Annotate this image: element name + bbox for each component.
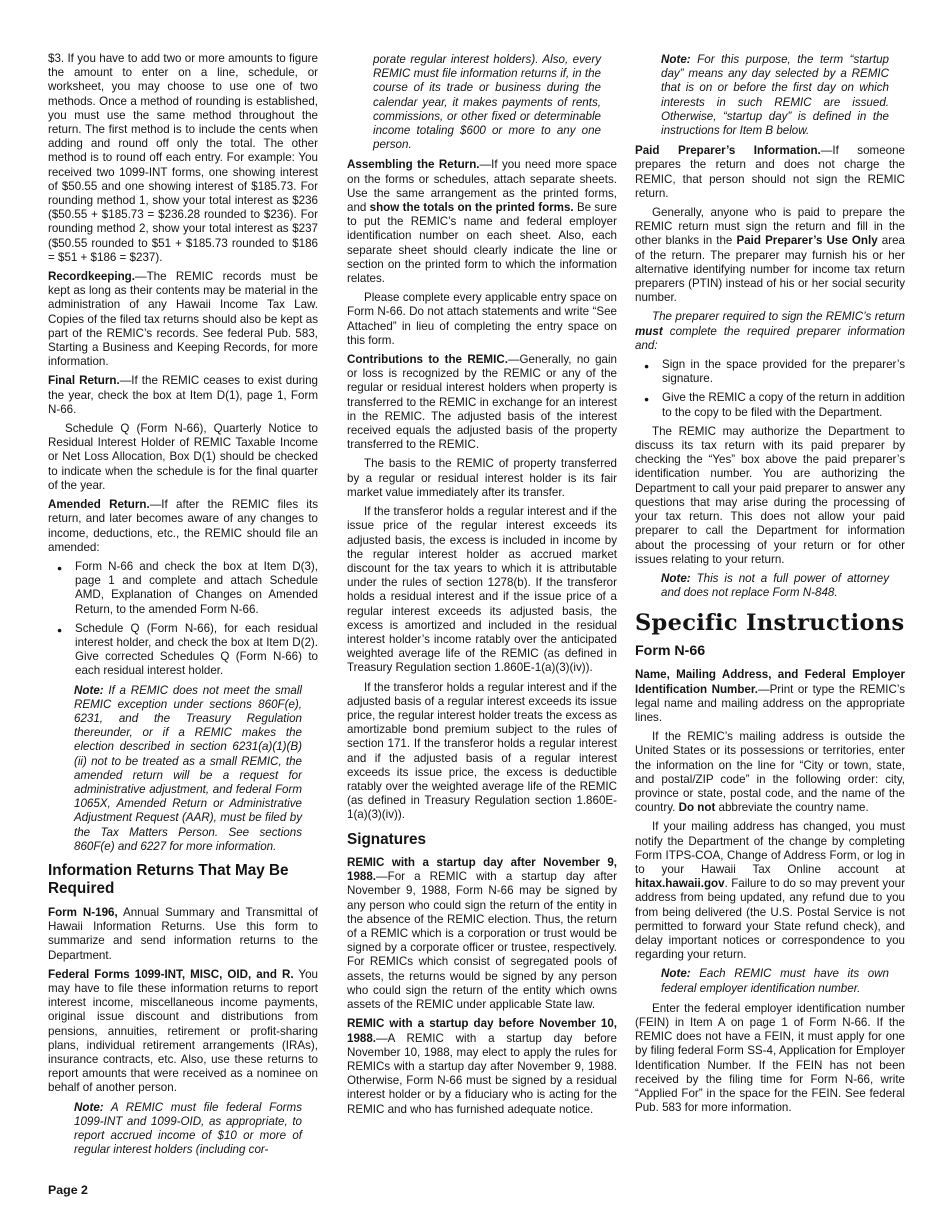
paragraph: If the transferor holds a regular intere… (347, 505, 617, 675)
bullet-item: ●Form N-66 and check the box at Item D(3… (48, 560, 318, 617)
text-run: Note: (661, 53, 691, 66)
text-run: Paid Preparer’s Use Only (736, 234, 877, 247)
paragraph: Contributions to the REMIC.—Generally, n… (347, 353, 617, 452)
text-run: Assembling the Return. (347, 158, 480, 171)
text-run: The basis to the REMIC of property trans… (347, 457, 617, 498)
text-run: Each REMIC must have its own federal emp… (661, 967, 889, 994)
paragraph: If the REMIC’s mailing address is outsid… (635, 730, 905, 815)
text-run: If a REMIC does not meet the small REMIC… (74, 684, 302, 853)
paragraph: REMIC with a startup day after November … (347, 856, 617, 1012)
text-run: hitax.hawaii.gov (635, 877, 725, 890)
text-run: Form N-196, (48, 906, 118, 919)
text-run: Contributions to the REMIC. (347, 353, 508, 366)
paragraph: Final Return.—If the REMIC ceases to exi… (48, 374, 318, 417)
text-run: If your mailing address has changed, you… (635, 820, 905, 876)
text-run: Schedule Q (Form N-66), Quarterly Notice… (48, 422, 318, 492)
paragraph: The REMIC may authorize the Department t… (635, 425, 905, 567)
note-paragraph: Note: If a REMIC does not meet the small… (74, 684, 302, 854)
document-page: $3. If you have to add two or more amoun… (0, 0, 950, 1230)
paragraph: Recordkeeping.—The REMIC records must be… (48, 270, 318, 369)
text-run: Please complete every applicable entry s… (347, 291, 617, 347)
text-run: Amended Return. (48, 498, 150, 511)
heading-specific-instructions: Specific Instructions (635, 610, 905, 636)
text-run: Note: (74, 1101, 104, 1114)
paragraph: Form N-196, Annual Summary and Transmitt… (48, 906, 318, 963)
bullet-item: ●Give the REMIC a copy of the return in … (635, 391, 905, 419)
note-paragraph: porate regular interest holders). Also, … (373, 53, 601, 152)
paragraph: If your mailing address has changed, you… (635, 820, 905, 962)
paragraph: Assembling the Return.—If you need more … (347, 158, 617, 286)
bullet-item: ●Sign in the space provided for the prep… (635, 358, 905, 386)
text-run: porate regular interest holders). Also, … (373, 53, 601, 151)
paragraph: The preparer required to sign the REMIC’… (635, 310, 905, 353)
text-run: Schedule Q (Form N-66), for each residua… (75, 622, 318, 678)
text-run: complete the required preparer informati… (635, 325, 905, 352)
bullet-item: ●Schedule Q (Form N-66), for each residu… (48, 622, 318, 679)
bullet-text: Schedule Q (Form N-66), for each residua… (75, 622, 318, 679)
text-run: —For a REMIC with a startup day after No… (347, 870, 617, 1011)
text-run: A REMIC must file federal Forms 1099-INT… (74, 1101, 302, 1157)
bullet-icon: ● (48, 560, 75, 617)
paragraph: Generally, anyone who is paid to prepare… (635, 206, 905, 305)
paragraph: Federal Forms 1099-INT, MISC, OID, and R… (48, 968, 318, 1096)
text-run: Sign in the space provided for the prepa… (662, 358, 905, 385)
text-run: For this purpose, the term “startup day”… (661, 53, 889, 137)
text-run: Form N-66 and check the box at Item D(3)… (75, 560, 318, 616)
column-3: Note: For this purpose, the term “startu… (635, 52, 905, 1163)
text-run: —Generally, no gain or loss is recognize… (347, 353, 617, 451)
bullet-text: Give the REMIC a copy of the return in a… (662, 391, 905, 419)
paragraph: Please complete every applicable entry s… (347, 291, 617, 348)
text-run: Paid Preparer’s Information. (635, 144, 821, 157)
text-run: $3. If you have to add two or more amoun… (48, 52, 318, 264)
note-paragraph: Note: A REMIC must file federal Forms 10… (74, 1101, 302, 1158)
page-number: Page 2 (48, 1183, 88, 1197)
text-run: The REMIC may authorize the Department t… (635, 425, 905, 566)
text-run: Note: (74, 684, 104, 697)
text-run: Note: (661, 572, 691, 585)
text-run: Note: (661, 967, 691, 980)
paragraph: REMIC with a startup day before November… (347, 1017, 617, 1116)
text-run: abbreviate the country name. (715, 801, 868, 814)
text-run: Give the REMIC a copy of the return in a… (662, 391, 905, 418)
bullet-text: Form N-66 and check the box at Item D(3)… (75, 560, 318, 617)
note-paragraph: Note: For this purpose, the term “startu… (661, 53, 889, 138)
text-run: The preparer required to sign the REMIC’… (652, 310, 905, 323)
text-run: Final Return. (48, 374, 120, 387)
text-run: —The REMIC records must be kept as long … (48, 270, 318, 368)
paragraph: Name, Mailing Address, and Federal Emplo… (635, 668, 905, 725)
paragraph: If the transferor holds a regular intere… (347, 681, 617, 823)
column-1: $3. If you have to add two or more amoun… (48, 52, 318, 1163)
text-run: —A REMIC with a startup day before Novem… (347, 1032, 617, 1116)
paragraph: The basis to the REMIC of property trans… (347, 457, 617, 500)
paragraph: Enter the federal employer identificatio… (635, 1002, 905, 1116)
bullet-icon: ● (635, 358, 662, 386)
text-run: If the transferor holds a regular intere… (347, 681, 617, 822)
bullet-icon: ● (48, 622, 75, 679)
bullet-icon: ● (635, 391, 662, 419)
text-run: Federal Forms 1099-INT, MISC, OID, and R… (48, 968, 294, 981)
text-run: If the transferor holds a regular intere… (347, 505, 617, 674)
text-run: Do not (679, 801, 716, 814)
text-run: show the totals on the printed forms. (370, 201, 574, 214)
heading-information-returns: Information Returns That May Be Required (48, 862, 318, 899)
text-run: Enter the federal employer identificatio… (635, 1002, 905, 1114)
bullet-text: Sign in the space provided for the prepa… (662, 358, 905, 386)
heading-signatures: Signatures (347, 831, 617, 850)
text-run: You may have to file these information r… (48, 968, 318, 1095)
paragraph: Schedule Q (Form N-66), Quarterly Notice… (48, 422, 318, 493)
text-run: must (635, 325, 663, 338)
text-run: Recordkeeping. (48, 270, 135, 283)
text-run: This is not a full power of attorney and… (661, 572, 889, 599)
note-paragraph: Note: This is not a full power of attorn… (661, 572, 889, 600)
note-paragraph: Note: Each REMIC must have its own feder… (661, 967, 889, 995)
heading-form-n-66: Form N-66 (635, 643, 905, 660)
paragraph: $3. If you have to add two or more amoun… (48, 52, 318, 265)
paragraph: Paid Preparer’s Information.—If someone … (635, 144, 905, 201)
column-2: porate regular interest holders). Also, … (347, 52, 617, 1163)
three-column-layout: $3. If you have to add two or more amoun… (48, 52, 906, 1163)
paragraph: Amended Return.—If after the REMIC files… (48, 498, 318, 555)
